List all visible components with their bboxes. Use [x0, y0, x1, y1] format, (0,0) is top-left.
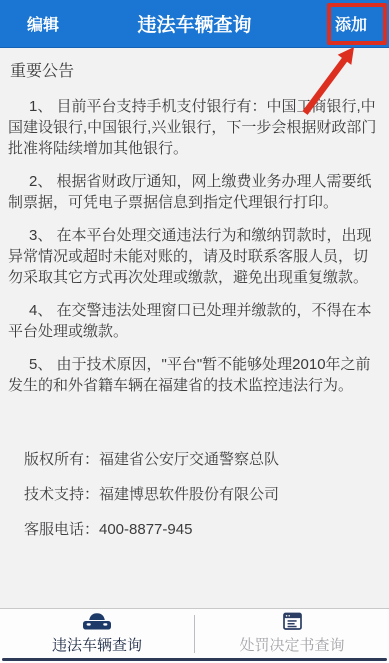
tab-penalty-decision-query[interactable]: 处罚决定书查询 [195, 609, 389, 663]
notice-panel: 重要公告 1、 目前平台支持手机支付银行有：中国工商银行,中国建设银行,中国银行… [0, 48, 389, 608]
bottom-edge-line [2, 658, 387, 661]
add-button[interactable]: 添加 [335, 12, 367, 35]
tab-label-penalty-decision-query: 处罚决定书查询 [239, 634, 344, 655]
page-title: 违法车辆查询 [0, 10, 389, 37]
tab-violation-vehicle-query[interactable]: 违法车辆查询 [0, 609, 194, 663]
notice-paragraph-5: 5、 由于技术原因，"平台"暂不能够处理2010年之前发生的和外省籍车辆在福建省… [8, 354, 381, 396]
document-icon [283, 612, 302, 631]
copyright-line: 版权所有：福建省公安厅交通警察总队 [24, 451, 381, 469]
header: 编辑 违法车辆查询 添加 [0, 0, 389, 48]
notice-paragraph-2: 2、 根据省财政厅通知，网上缴费业务办理人需要纸制票据，可凭电子票据信息到指定代… [8, 171, 381, 213]
tech-support-line: 技术支持：福建博思软件股份有限公司 [24, 486, 381, 504]
notice-paragraph-1: 1、 目前平台支持手机支付银行有：中国工商银行,中国建设银行,中国银行,兴业银行… [8, 96, 381, 159]
tab-label-violation-vehicle-query: 违法车辆查询 [52, 634, 142, 655]
app-screen: 编辑 违法车辆查询 添加 重要公告 1、 目前平台支持手机支付银行有：中国工商银… [0, 0, 389, 663]
car-icon [82, 612, 112, 631]
notice-title: 重要公告 [10, 58, 381, 81]
notice-paragraph-3: 3、 在本平台处理交通违法行为和缴纳罚款时，出现异常情况或超时未能对账的，请及时… [8, 225, 381, 288]
footer-info: 版权所有：福建省公安厅交通警察总队 技术支持：福建博思软件股份有限公司 客服电话… [24, 451, 381, 556]
notice-paragraph-4: 4、 在交警违法处理窗口已处理并缴款的，不得在本平台处理或缴款。 [8, 300, 381, 342]
service-phone-line: 客服电话：400-8877-945 [24, 521, 381, 539]
tab-bar: 违法车辆查询 处罚决定书查询 [0, 608, 389, 663]
